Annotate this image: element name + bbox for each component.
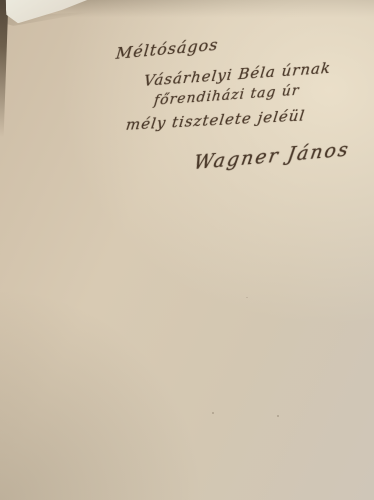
paper-speck (246, 297, 248, 298)
underpage-corner (6, 0, 103, 24)
inscription-line-respect: mély tisztelete jeléül (125, 107, 306, 135)
book-flyleaf-photo: Méltóságos Vásárhelyi Béla úrnak főrendi… (0, 0, 374, 500)
inscription-line-honorific: Méltóságos (115, 35, 219, 63)
paper-speck (212, 412, 214, 414)
inscription-line-recipient: Vásárhelyi Béla úrnak (143, 59, 332, 90)
inscription-signature: Wagner János (192, 138, 351, 174)
paper-speck (277, 415, 279, 417)
